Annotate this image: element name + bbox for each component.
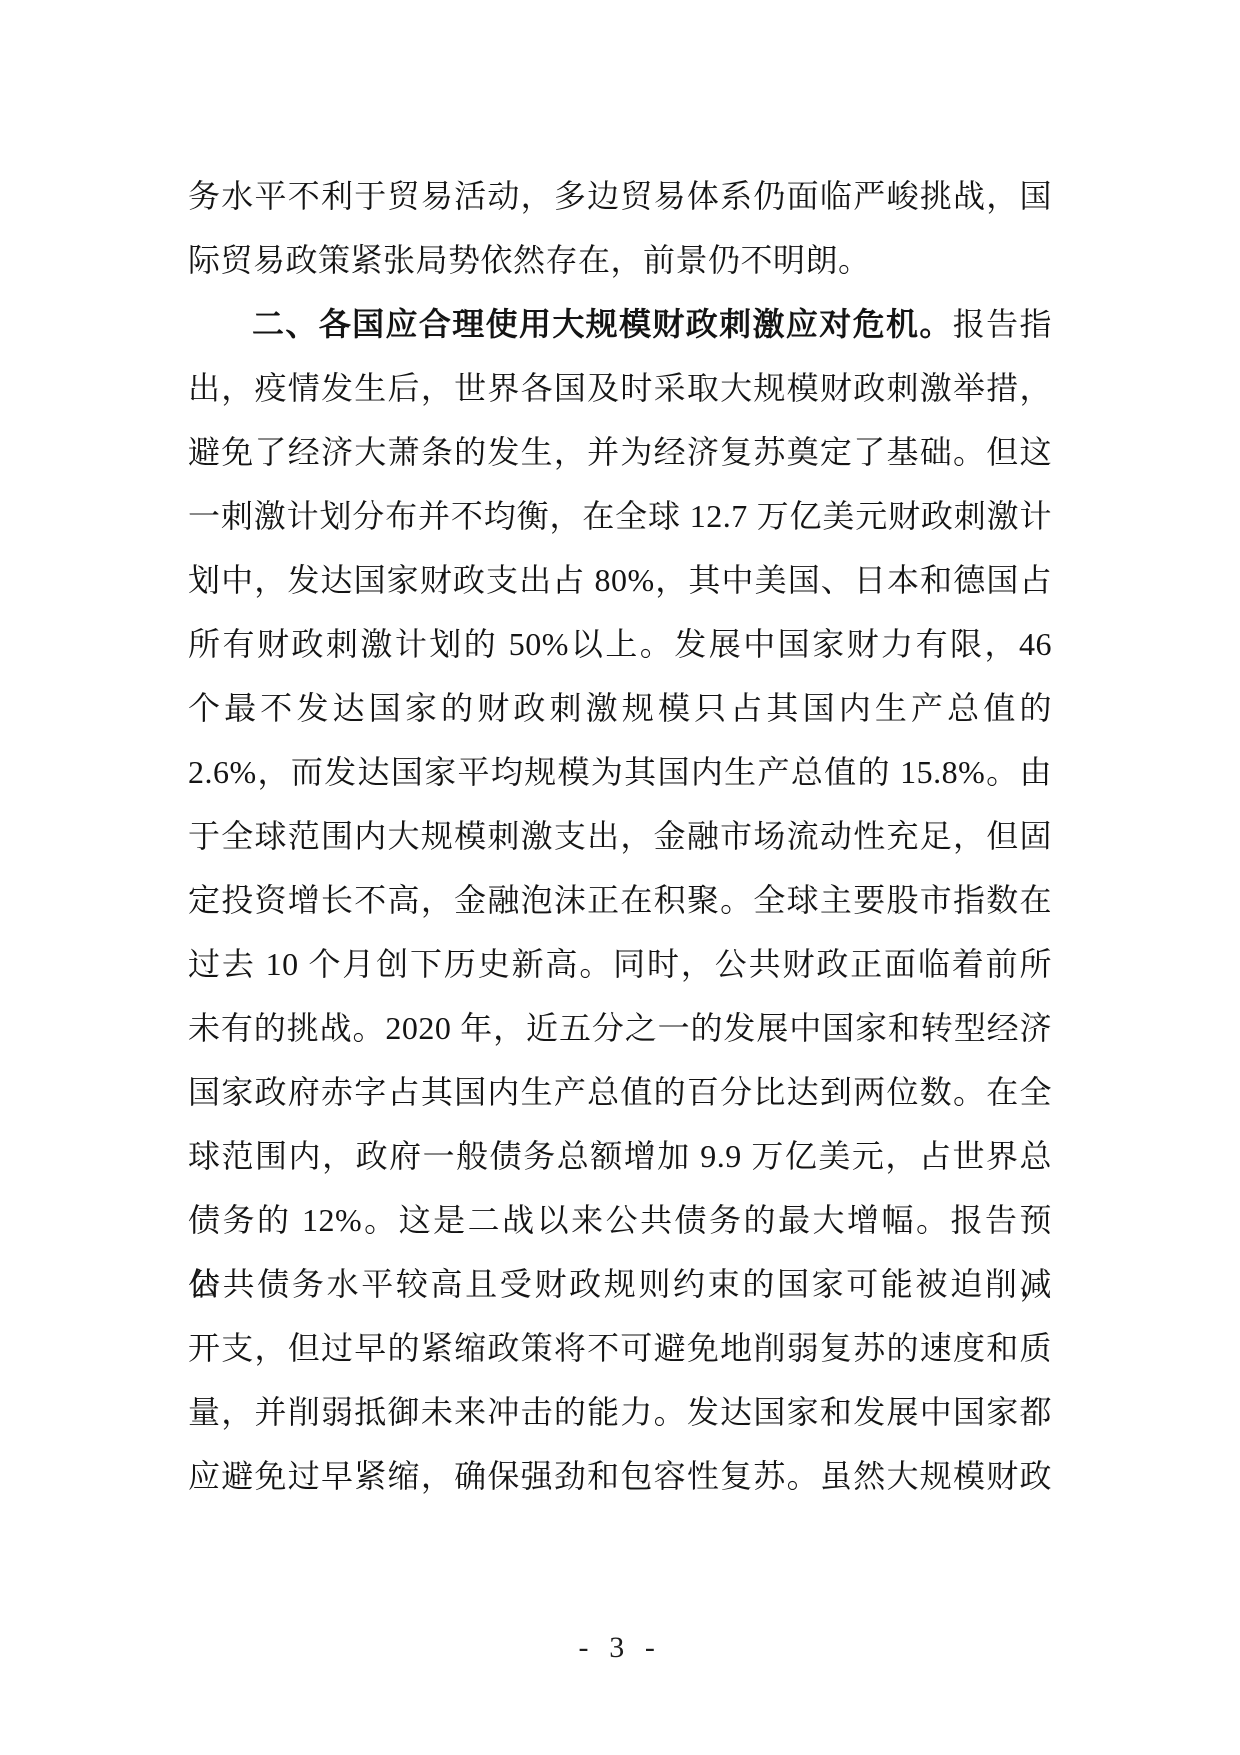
text-line: 债务的 12%。这是二战以来公共债务的最大增幅。报告预估， [188,1188,1052,1252]
section-heading: 二、各国应合理使用大规模财政刺激应对危机。 [252,306,953,342]
document-page: 务水平不利于贸易活动，多边贸易体系仍面临严峻挑战，国际贸易政策紧张局势依然存在，… [0,0,1240,1755]
text-line: 于全球范围内大规模刺激支出，金融市场流动性充足，但固 [188,804,1052,868]
text-line: 应避免过早紧缩，确保强劲和包容性复苏。虽然大规模财政 [188,1444,1052,1508]
document-body: 务水平不利于贸易活动，多边贸易体系仍面临严峻挑战，国际贸易政策紧张局势依然存在，… [188,164,1052,1508]
text-line: 公共债务水平较高且受财政规则约束的国家可能被迫削减 [188,1252,1052,1316]
text-line: 定投资增长不高，金融泡沫正在积聚。全球主要股市指数在 [188,868,1052,932]
text-line: 过去 10 个月创下历史新高。同时，公共财政正面临着前所 [188,932,1052,996]
text-line: 个最不发达国家的财政刺激规模只占其国内生产总值的 [188,676,1052,740]
text-line: 球范围内，政府一般债务总额增加 9.9 万亿美元，占世界总 [188,1124,1052,1188]
text-line: 所有财政刺激计划的 50%以上。发展中国家财力有限，46 [188,612,1052,676]
text-line: 国家政府赤字占其国内生产总值的百分比达到两位数。在全 [188,1060,1052,1124]
text-line: 划中，发达国家财政支出占 80%，其中美国、日本和德国占 [188,548,1052,612]
text-line: 未有的挑战。2020 年，近五分之一的发展中国家和转型经济 [188,996,1052,1060]
text-line: 务水平不利于贸易活动，多边贸易体系仍面临严峻挑战，国 [188,164,1052,228]
text-line: 2.6%，而发达国家平均规模为其国内生产总值的 15.8%。由 [188,740,1052,804]
text-line: 际贸易政策紧张局势依然存在，前景仍不明朗。 [188,228,1052,292]
text-line: 避免了经济大萧条的发生，并为经济复苏奠定了基础。但这 [188,420,1052,484]
text-line: 二、各国应合理使用大规模财政刺激应对危机。报告指 [188,292,1052,356]
text-line: 一刺激计划分布并不均衡，在全球 12.7 万亿美元财政刺激计 [188,484,1052,548]
text-line: 出，疫情发生后，世界各国及时采取大规模财政刺激举措， [188,356,1052,420]
text-line: 开支，但过早的紧缩政策将不可避免地削弱复苏的速度和质 [188,1316,1052,1380]
page-number: - 3 - [0,1628,1240,1668]
text-line: 量，并削弱抵御未来冲击的能力。发达国家和发展中国家都 [188,1380,1052,1444]
